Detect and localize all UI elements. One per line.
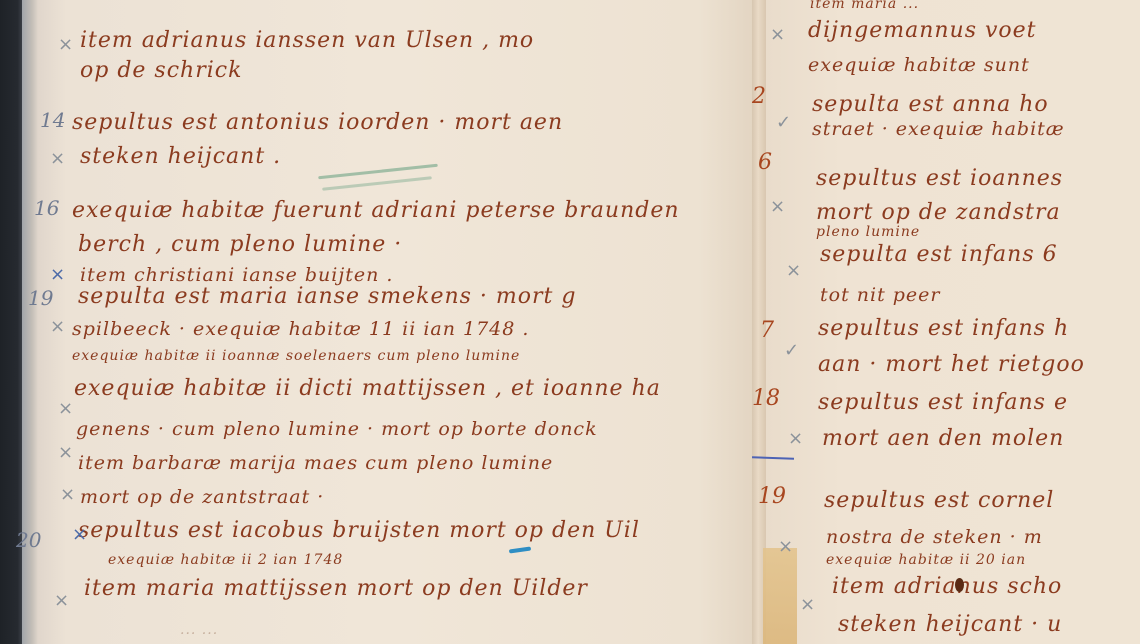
manuscript-line: item maria ... — [810, 0, 919, 12]
manuscript-line: sepultus est infans h — [818, 316, 1069, 341]
manuscript-line: exequiæ habitæ ii 2 ian 1748 — [108, 552, 343, 568]
manuscript-line: mort op de zandstra — [816, 200, 1061, 225]
manuscript-line: sepultus est infans e — [818, 390, 1068, 415]
manuscript-line: item adrianus scho — [832, 574, 1062, 599]
cross-mark-icon: × — [770, 196, 785, 217]
margin-date-number: 20 — [16, 528, 41, 552]
manuscript-line: exequiæ habitæ ii dicti mattijssen , et … — [74, 376, 661, 401]
manuscript-line: steken heijcant . — [80, 144, 281, 169]
manuscript-line: exequiæ habitæ ii ioannæ soelenaers cum … — [72, 348, 520, 364]
manuscript-line: item maria mattijssen mort op den Uilder — [84, 576, 588, 601]
cross-mark-icon: × — [50, 316, 65, 337]
manuscript-line: exequiæ habitæ ii 20 ian — [826, 552, 1026, 568]
margin-date-number: 2 — [752, 84, 766, 109]
cross-mark-icon: × — [58, 398, 73, 419]
manuscript-line: sepultus est antonius ioorden · mort aen — [72, 110, 563, 135]
manuscript-line: item christiani ianse buijten . — [80, 264, 393, 286]
cross-mark-icon: × — [50, 264, 65, 285]
manuscript-line: sepulta est maria ianse smekens · mort g — [78, 284, 576, 309]
repair-tape — [763, 548, 797, 644]
manuscript-line: sepulta est anna ho — [812, 92, 1049, 117]
manuscript-line: tot nit peer — [820, 284, 940, 306]
manuscript-line: sepultus est ioannes — [816, 166, 1063, 191]
manuscript-line: aan · mort het rietgoo — [818, 352, 1085, 377]
margin-date-number: 19 — [758, 484, 786, 509]
manuscript-line: op de schrick — [80, 58, 242, 83]
manuscript-line: straet · exequiæ habitæ — [812, 118, 1065, 140]
cross-mark-icon: × — [770, 24, 785, 45]
manuscript-line: steken heijcant · u — [838, 612, 1062, 637]
manuscript-line: spilbeeck · exequiæ habitæ 11 ii ian 174… — [72, 318, 529, 340]
cross-mark-icon: × — [58, 442, 73, 463]
cross-mark-icon: × — [50, 148, 65, 169]
manuscript-line: pleno lumine — [816, 224, 920, 240]
manuscript-line: exequiæ habitæ fuerunt adriani peterse b… — [72, 198, 680, 223]
manuscript-line: ... ... — [180, 622, 218, 638]
margin-date-number: 18 — [752, 386, 780, 411]
margin-date-number: 14 — [40, 108, 65, 132]
check-mark-icon: ✓ — [776, 112, 791, 133]
manuscript-line: exequiæ habitæ sunt — [808, 54, 1030, 76]
cross-mark-icon: × — [60, 484, 75, 505]
margin-date-number: 16 — [34, 196, 59, 220]
check-mark-icon: ✓ — [784, 340, 799, 361]
cross-mark-icon: × — [54, 590, 69, 611]
margin-date-number: 19 — [28, 286, 53, 310]
cross-mark-icon: × — [58, 34, 73, 55]
manuscript-line: nostra de steken · m — [826, 526, 1043, 548]
cross-mark-icon: × — [778, 536, 793, 557]
manuscript-line: genens · cum pleno lumine · mort op bort… — [76, 418, 598, 440]
cross-mark-icon: × — [788, 428, 803, 449]
manuscript-line: dijngemannus voet — [808, 18, 1037, 43]
margin-date-number: 7 — [760, 318, 774, 343]
ink-blot — [955, 578, 964, 592]
manuscript-line: sepultus est cornel — [824, 488, 1054, 513]
manuscript-line: sepultus est iacobus bruijsten mort op d… — [78, 518, 640, 543]
manuscript-line: item adrianus ianssen van Ulsen , mo — [80, 28, 534, 53]
manuscript-line: berch , cum pleno lumine · — [78, 232, 402, 257]
cross-mark-icon: × — [786, 260, 801, 281]
manuscript-line: sepulta est infans 6 — [820, 242, 1058, 267]
manuscript-line: item barbaræ marija maes cum pleno lumin… — [78, 452, 553, 474]
margin-date-number: 6 — [758, 150, 772, 175]
manuscript-line: mort op de zantstraat · — [80, 486, 324, 508]
cross-mark-icon: × — [72, 524, 87, 545]
cross-mark-icon: × — [800, 594, 815, 615]
manuscript-line: mort aen den molen — [822, 426, 1064, 451]
